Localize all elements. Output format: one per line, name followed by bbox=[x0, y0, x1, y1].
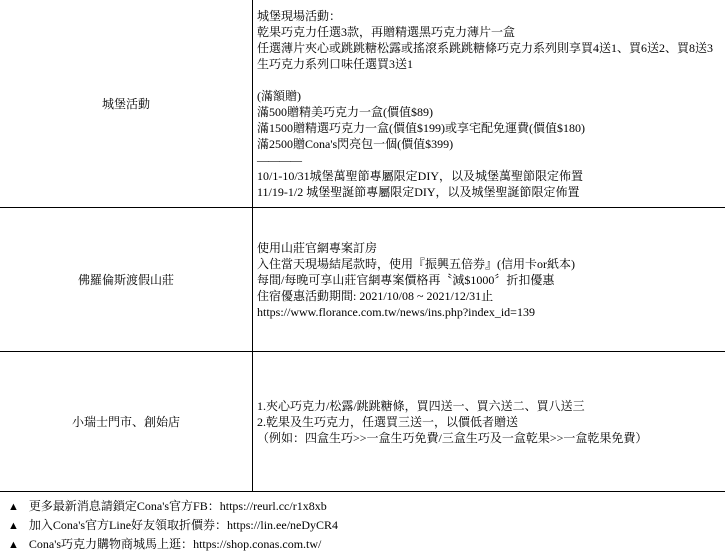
footer-links: ▲更多最新消息請鎖定Cona's官方FB：https://reurl.cc/r1… bbox=[0, 492, 725, 551]
content-line: 滿500贈精美巧克力一盒(價值$89) bbox=[257, 104, 725, 120]
content-line: （例如：四盒生巧>>一盒生巧免費/三盒生巧及一盒乾果>>一盒乾果免費） bbox=[257, 430, 725, 446]
row-label-swiss-store: 小瑞士門市、創始店 bbox=[0, 352, 253, 491]
content-line: 乾果巧克力任選3款，再贈精選黑巧克力薄片一盒 bbox=[257, 24, 725, 40]
table-row-florance-resort: 佛羅倫斯渡假山莊 使用山莊官網專案訂房 入住當天現場結尾款時，使用『振興五倍券』… bbox=[0, 208, 725, 352]
footer-item-shop: ▲Cona's巧克力購物商城馬上逛：https://shop.conas.com… bbox=[8, 535, 725, 551]
row-label-text: 小瑞士門市、創始店 bbox=[72, 413, 180, 430]
footer-text-fb: 更多最新消息請鎖定Cona's官方FB： bbox=[29, 499, 220, 513]
content-line: 2.乾果及生巧克力，任選買三送一，以價低者贈送 bbox=[257, 414, 725, 430]
content-line: 生巧克力系列口味任選買3送1 bbox=[257, 56, 725, 72]
shop-link[interactable]: https://shop.conas.com.tw/ bbox=[193, 537, 321, 551]
fb-link[interactable]: https://reurl.cc/r1x8xb bbox=[220, 499, 327, 513]
row-content-florance-resort: 使用山莊官網專案訂房 入住當天現場結尾款時，使用『振興五倍券』(信用卡or紙本)… bbox=[253, 208, 725, 351]
content-line: 每間/每晚可享山莊官網專案價格再〝減$1000〞折扣優惠 bbox=[257, 272, 725, 288]
row-content-swiss-store: 1.夾心巧克力/松露/跳跳糖條，買四送一、買六送二、買八送三 2.乾果及生巧克力… bbox=[253, 352, 725, 491]
content-line: 10/1-10/31城堡萬聖節專屬限定DIY，以及城堡萬聖節限定佈置 bbox=[257, 168, 725, 184]
triangle-bullet-icon: ▲ bbox=[8, 517, 19, 535]
content-line: 城堡現場活動： bbox=[257, 8, 725, 24]
content-line: 任選薄片夾心或跳跳糖松露或搖滾系跳跳糖條巧克力系列則享買4送1、買6送2、買8送… bbox=[257, 40, 725, 56]
footer-item-fb: ▲更多最新消息請鎖定Cona's官方FB：https://reurl.cc/r1… bbox=[8, 497, 725, 516]
row-label-text: 佛羅倫斯渡假山莊 bbox=[78, 271, 174, 288]
footer-text-line: 加入Cona's官方Line好友領取折價券： bbox=[29, 518, 227, 532]
footer-item-line: ▲加入Cona's官方Line好友領取折價券：https://lin.ee/ne… bbox=[8, 516, 725, 535]
triangle-bullet-icon: ▲ bbox=[8, 536, 19, 551]
page: 城堡活動 城堡現場活動： 乾果巧克力任選3款，再贈精選黑巧克力薄片一盒 任選薄片… bbox=[0, 0, 725, 551]
content-line: 使用山莊官網專案訂房 bbox=[257, 240, 725, 256]
promo-table: 城堡活動 城堡現場活動： 乾果巧克力任選3款，再贈精選黑巧克力薄片一盒 任選薄片… bbox=[0, 0, 725, 492]
footer-text-shop: Cona's巧克力購物商城馬上逛： bbox=[29, 537, 193, 551]
content-line: 滿1500贈精選巧克力一盒(價值$199)或享宅配免運費(價值$180) bbox=[257, 120, 725, 136]
content-line: 住宿優惠活動期間: 2021/10/08 ~ 2021/12/31止 bbox=[257, 288, 725, 304]
content-line: 入住當天現場結尾款時，使用『振興五倍券』(信用卡or紙本) bbox=[257, 256, 725, 272]
content-line: 1.夾心巧克力/松露/跳跳糖條，買四送一、買六送二、買八送三 bbox=[257, 398, 725, 414]
triangle-bullet-icon: ▲ bbox=[8, 498, 19, 516]
dash-separator: ———— bbox=[257, 152, 725, 168]
row-label-text: 城堡活動 bbox=[102, 95, 150, 112]
row-label-castle-activities: 城堡活動 bbox=[0, 0, 253, 207]
content-line: 滿2500贈Cona's閃亮包一個(價值$399) bbox=[257, 136, 725, 152]
line-coupon-link[interactable]: https://lin.ee/neDyCR4 bbox=[227, 518, 338, 532]
row-label-florance-resort: 佛羅倫斯渡假山莊 bbox=[0, 208, 253, 351]
florance-news-link[interactable]: https://www.florance.com.tw/news/ins.php… bbox=[257, 304, 725, 320]
blank-line bbox=[257, 72, 725, 88]
content-line: 11/19-1/2 城堡聖誕節專屬限定DIY，以及城堡聖誕節限定佈置 bbox=[257, 184, 725, 200]
content-line: (滿額贈) bbox=[257, 88, 725, 104]
row-content-castle-activities: 城堡現場活動： 乾果巧克力任選3款，再贈精選黑巧克力薄片一盒 任選薄片夾心或跳跳… bbox=[253, 0, 725, 207]
table-row-castle-activities: 城堡活動 城堡現場活動： 乾果巧克力任選3款，再贈精選黑巧克力薄片一盒 任選薄片… bbox=[0, 0, 725, 208]
table-row-swiss-store: 小瑞士門市、創始店 1.夾心巧克力/松露/跳跳糖條，買四送一、買六送二、買八送三… bbox=[0, 352, 725, 492]
